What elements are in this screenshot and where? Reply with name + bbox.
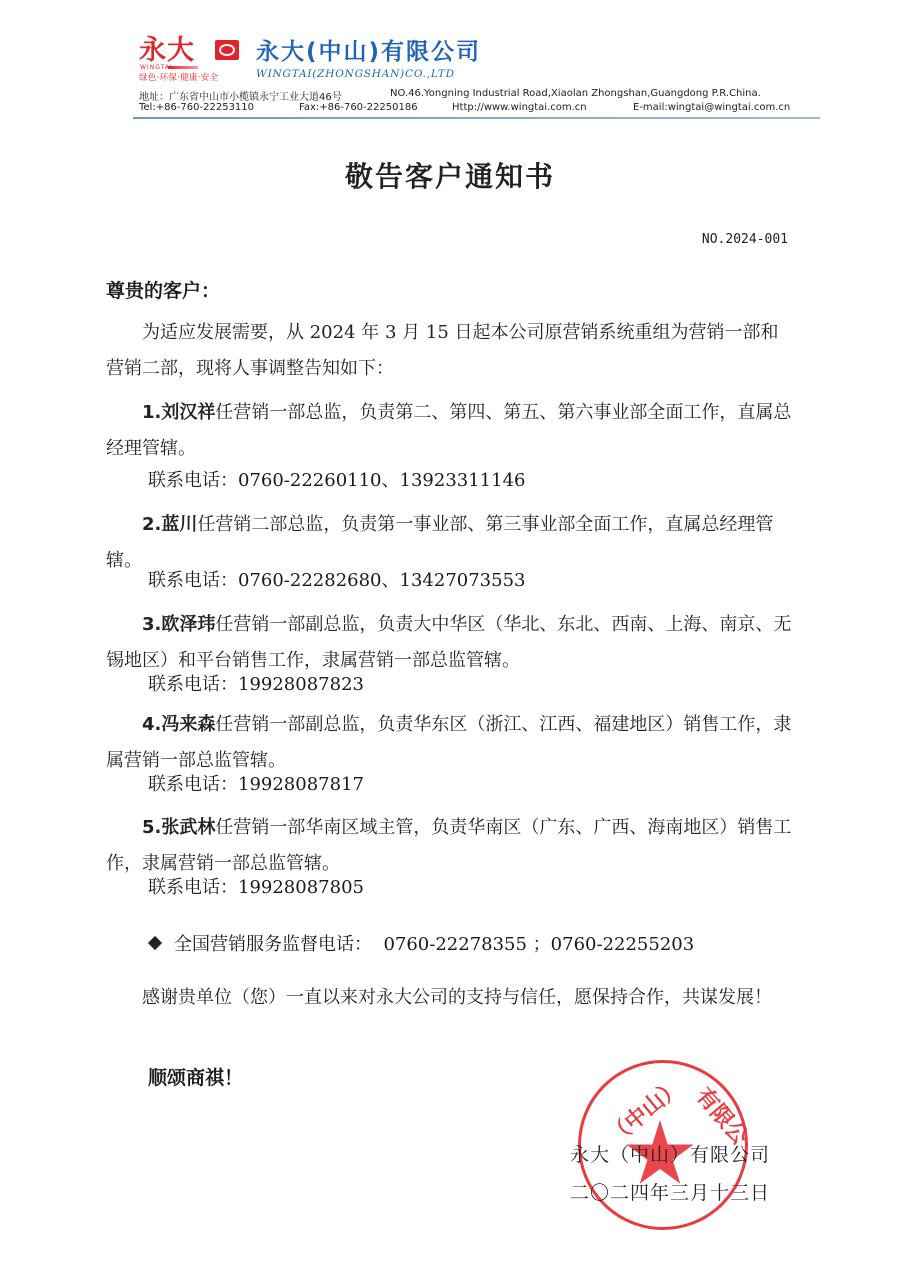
appointee-name: 欧泽玮 — [161, 614, 215, 635]
appointment-item: 4.冯来森任营销一部副总监，负责华东区（浙江、江西、福建地区）销售工作，隶属营销… — [106, 707, 796, 779]
diamond-bullet-icon — [148, 936, 162, 950]
document-title: 敬告客户通知书 — [0, 155, 900, 195]
appointee-name: 刘汉祥 — [161, 402, 215, 423]
company-name-cn: 永大(中山)有限公司 — [256, 38, 481, 66]
document-number: NO.2024-001 — [702, 232, 788, 247]
contact-label: 联系电话： — [148, 470, 238, 491]
appointment-duty: 任营销二部总监，负责第一事业部、第三事业部全面工作，直属总经理管辖。 — [106, 514, 773, 571]
intro-paragraph: 为适应发展需要，从 2024 年 3 月 15 日起本公司原营销系统重组为营销一… — [106, 315, 796, 387]
signature-company: 永大（中山）有限公司 — [570, 1140, 770, 1167]
contact-phone: 19928087805 — [238, 877, 364, 898]
closing-phrase: 顺颂商祺！ — [148, 1063, 243, 1090]
brand-logo-icon — [215, 40, 239, 60]
hotline-numbers: 0760-22278355 ；0760-22255203 — [383, 934, 694, 955]
appointment-index: 4. — [142, 714, 161, 735]
salutation: 尊贵的客户： — [106, 276, 220, 303]
contact-phone: 0760-22260110、13923311146 — [238, 470, 525, 491]
appointee-name: 蓝川 — [161, 514, 197, 535]
fax: Fax:+86-760-22250186 — [299, 102, 418, 113]
address-cn: 地址：广东省中山市小榄镇永宁工业大道46号 — [139, 88, 342, 103]
hotline-line: 全国营销服务监督电话： 0760-22278355 ；0760-22255203 — [150, 930, 694, 960]
appointee-name: 张武林 — [161, 817, 215, 838]
hotline-label: 全国营销服务监督电话： — [174, 934, 372, 955]
brand-slogan: 绿色·环保·健康·安全 — [139, 71, 218, 83]
thanks-paragraph: 感谢贵单位（您）一直以来对永大公司的支持与信任，愿保持合作，共谋发展！ — [106, 980, 796, 1016]
contact-phone: 19928087817 — [238, 774, 364, 795]
contact-label: 联系电话： — [148, 570, 238, 591]
company-name-en: WINGTAI(ZHONGSHAN)CO.,LTD — [256, 68, 455, 80]
website[interactable]: Http://www.wingtai.com.cn — [452, 102, 587, 113]
address-en: NO.46.Yongning Industrial Road,Xiaolan Z… — [390, 88, 761, 99]
contact-line: 联系电话：19928087823 — [148, 670, 364, 700]
appointee-name: 冯来森 — [161, 714, 215, 735]
appointment-index: 1. — [142, 402, 161, 423]
appointment-index: 3. — [142, 614, 161, 635]
telephone: Tel:+86-760-22253110 — [139, 102, 254, 113]
appointment-item: 5.张武林任营销一部华南区域主管，负责华南区（广东、广西、海南地区）销售工作，隶… — [106, 810, 796, 882]
contact-line: 联系电话：19928087805 — [148, 873, 364, 903]
contact-line: 联系电话：0760-22282680、13427073553 — [148, 566, 525, 596]
letterhead-divider — [133, 117, 820, 119]
appointment-item: 1.刘汉祥任营销一部总监，负责第二、第四、第五、第六事业部全面工作，直属总经理管… — [106, 395, 796, 467]
signature-date: 二〇二四年三月十三日 — [570, 1178, 770, 1205]
appointment-item: 3.欧泽玮任营销一部副总监，负责大中华区（华北、东北、西南、上海、南京、无锡地区… — [106, 607, 796, 679]
email[interactable]: E-mail:wingtai@wingtai.com.cn — [633, 102, 790, 113]
contact-label: 联系电话： — [148, 674, 238, 695]
contact-line: 联系电话：19928087817 — [148, 770, 364, 800]
brand-logo-bar — [168, 66, 198, 69]
contact-phone: 19928087823 — [238, 674, 364, 695]
contact-phone: 0760-22282680、13427073553 — [238, 570, 525, 591]
contact-label: 联系电话： — [148, 877, 238, 898]
contact-label: 联系电话： — [148, 774, 238, 795]
appointment-index: 2. — [142, 514, 161, 535]
brand-logo-text: 永大 — [139, 36, 195, 66]
appointment-index: 5. — [142, 817, 161, 838]
contact-line: 联系电话：0760-22260110、13923311146 — [148, 466, 525, 496]
